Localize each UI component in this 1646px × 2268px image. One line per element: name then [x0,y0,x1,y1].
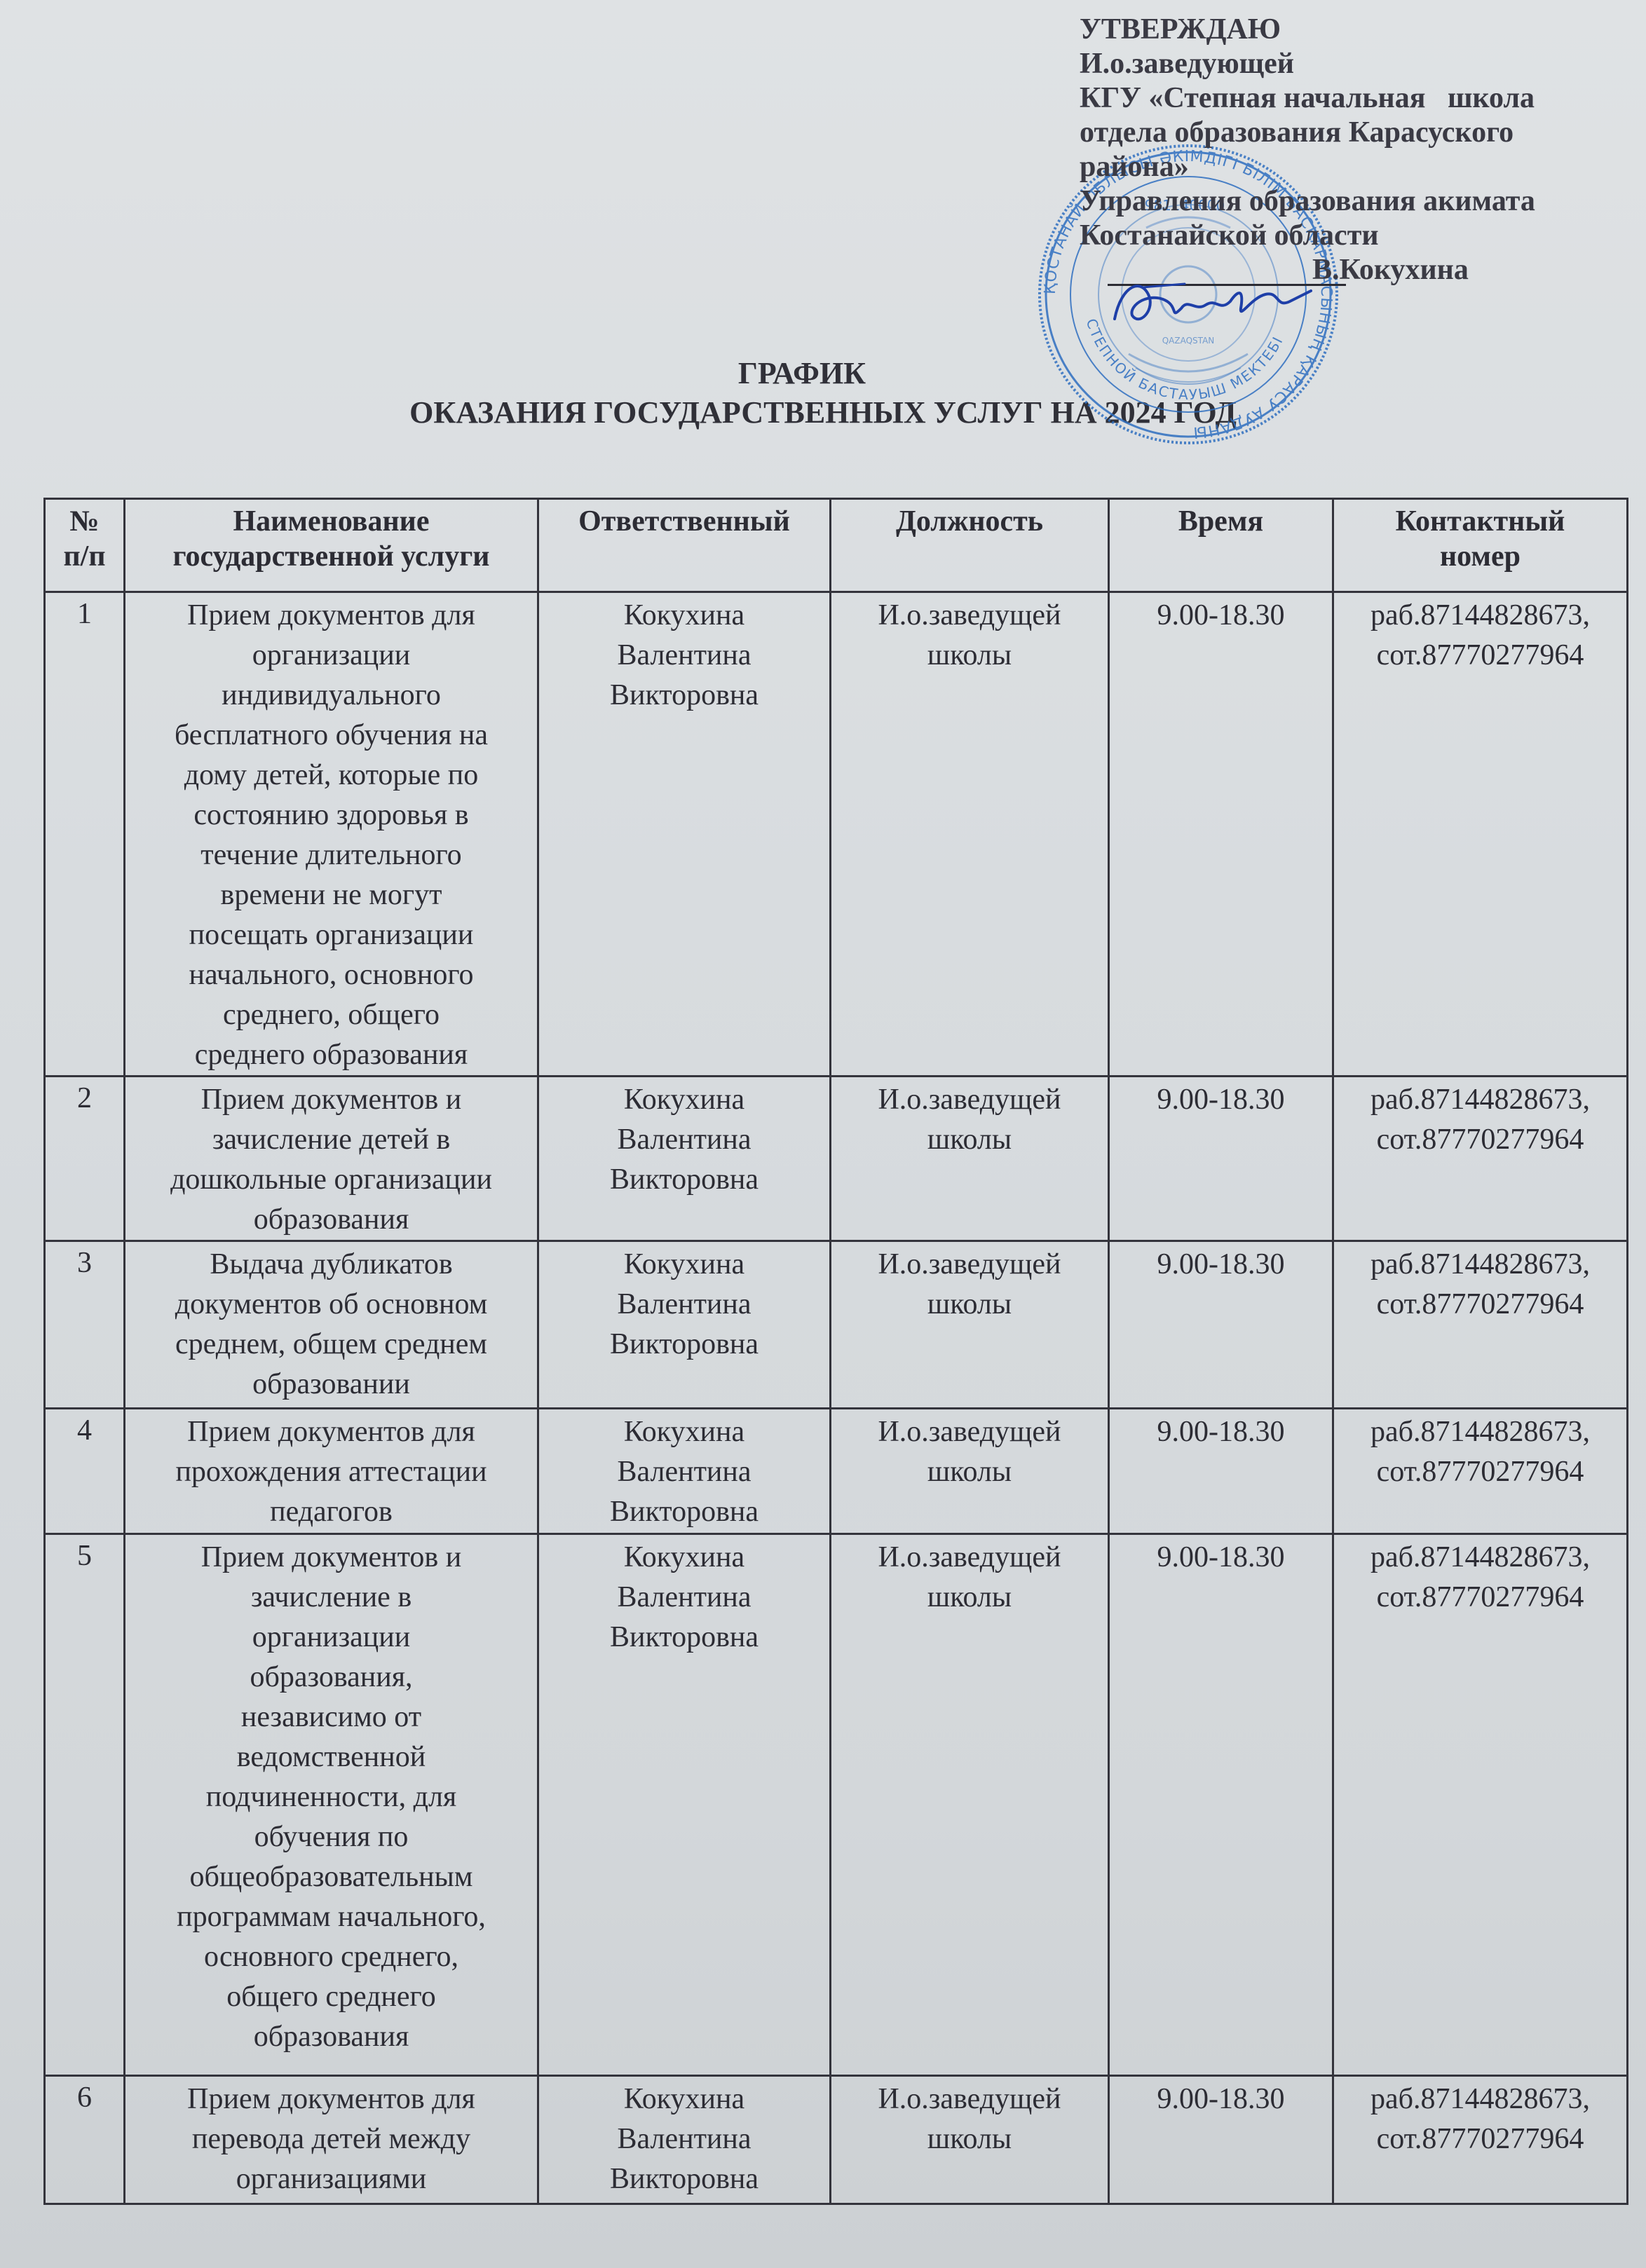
contact-numbers: раб.87144828673,сот.87770277964 [1333,1534,1628,2076]
responsible-person: КокухинаВалентинаВикторовна [538,2076,831,2204]
contact-numbers: раб.87144828673,сот.87770277964 [1333,2076,1628,2204]
responsible-person: КокухинаВалентинаВикторовна [538,1534,831,2076]
service-name: Прием документов дляперевода детей между… [125,2076,538,2204]
contact-numbers: раб.87144828673,сот.87770277964 [1333,1409,1628,1534]
working-hours: 9.00-18.30 [1109,2076,1333,2204]
table-body: 1Прием документов дляорганизациииндивиду… [45,592,1628,2204]
contact-numbers: раб.87144828673,сот.87770277964 [1333,592,1628,1077]
approval-org-line-4: Управления образования акимата [1080,184,1633,219]
approval-org-line-1: КГУ «Степная начальная школа [1080,81,1633,116]
approval-heading: УТВЕРЖДАЮ [1080,13,1633,47]
table-row: 4Прием документов дляпрохождения аттеста… [45,1409,1628,1534]
document-title: ГРАФИК ОКАЗАНИЯ ГОСУДАРСТВЕННЫХ УСЛУГ НА… [0,354,1646,432]
position: И.о.заведущейшколы [831,1241,1109,1409]
position: И.о.заведущейшколы [831,1409,1109,1534]
service-name: Прием документов изачисление ворганизаци… [125,1534,538,2076]
header-responsible: Ответственный [538,499,831,592]
working-hours: 9.00-18.30 [1109,592,1333,1077]
table-row: 3Выдача дубликатовдокументов об основном… [45,1241,1628,1409]
row-number: 1 [45,592,125,1077]
row-number: 3 [45,1241,125,1409]
position: И.о.заведущейшколы [831,1534,1109,2076]
approval-org-line-5: Костанайской области [1080,219,1633,253]
working-hours: 9.00-18.30 [1109,1534,1333,2076]
contact-numbers: раб.87144828673,сот.87770277964 [1333,1241,1628,1409]
approval-block: УТВЕРЖДАЮ И.о.заведующей КГУ «Степная на… [1080,13,1633,287]
contact-numbers: раб.87144828673,сот.87770277964 [1333,1077,1628,1241]
responsible-person: КокухинаВалентинаВикторовна [538,1241,831,1409]
handwritten-signature-icon [1101,270,1325,333]
row-number: 2 [45,1077,125,1241]
signatory-name: В.Кокухина [1312,253,1469,287]
responsible-person: КокухинаВалентинаВикторовна [538,592,831,1077]
service-name: Прием документов дляорганизациииндивидуа… [125,592,538,1077]
working-hours: 9.00-18.30 [1109,1241,1333,1409]
title-line-2: ОКАЗАНИЯ ГОСУДАРСТВЕННЫХ УСЛУГ НА 2024 Г… [0,393,1646,432]
title-line-1: ГРАФИК [0,354,1646,393]
table-header-row: № п/п Наименование государственной услуг… [45,499,1628,592]
row-number: 6 [45,2076,125,2204]
table-row: 1Прием документов дляорганизациииндивиду… [45,592,1628,1077]
service-name: Выдача дубликатовдокументов об основномс… [125,1241,538,1409]
row-number: 5 [45,1534,125,2076]
header-service-name: Наименование государственной услуги [125,499,538,592]
position: И.о.заведущейшколы [831,2076,1109,2204]
table-row: 5Прием документов изачисление ворганизац… [45,1534,1628,2076]
header-position: Должность [831,499,1109,592]
row-number: 4 [45,1409,125,1534]
working-hours: 9.00-18.30 [1109,1077,1333,1241]
services-table: № п/п Наименование государственной услуг… [43,498,1628,2205]
header-time: Время [1109,499,1333,592]
responsible-person: КокухинаВалентинаВикторовна [538,1409,831,1534]
responsible-person: КокухинаВалентинаВикторовна [538,1077,831,1241]
table-row: 6Прием документов дляперевода детей межд… [45,2076,1628,2204]
table-row: 2Прием документов изачисление детей вдош… [45,1077,1628,1241]
approval-org-line-2: отдела образования Карасуского [1080,116,1633,150]
approval-org-line-3: района» [1080,150,1633,184]
position: И.о.заведущейшколы [831,1077,1109,1241]
approval-position: И.о.заведующей [1080,47,1633,81]
svg-text:QAZAQSTAN: QAZAQSTAN [1162,336,1215,346]
working-hours: 9.00-18.30 [1109,1409,1333,1534]
position: И.о.заведущейшколы [831,592,1109,1077]
service-name: Прием документов изачисление детей вдошк… [125,1077,538,1241]
header-num: № п/п [45,499,125,592]
header-contact: Контактный номер [1333,499,1628,592]
service-name: Прием документов дляпрохождения аттестац… [125,1409,538,1534]
